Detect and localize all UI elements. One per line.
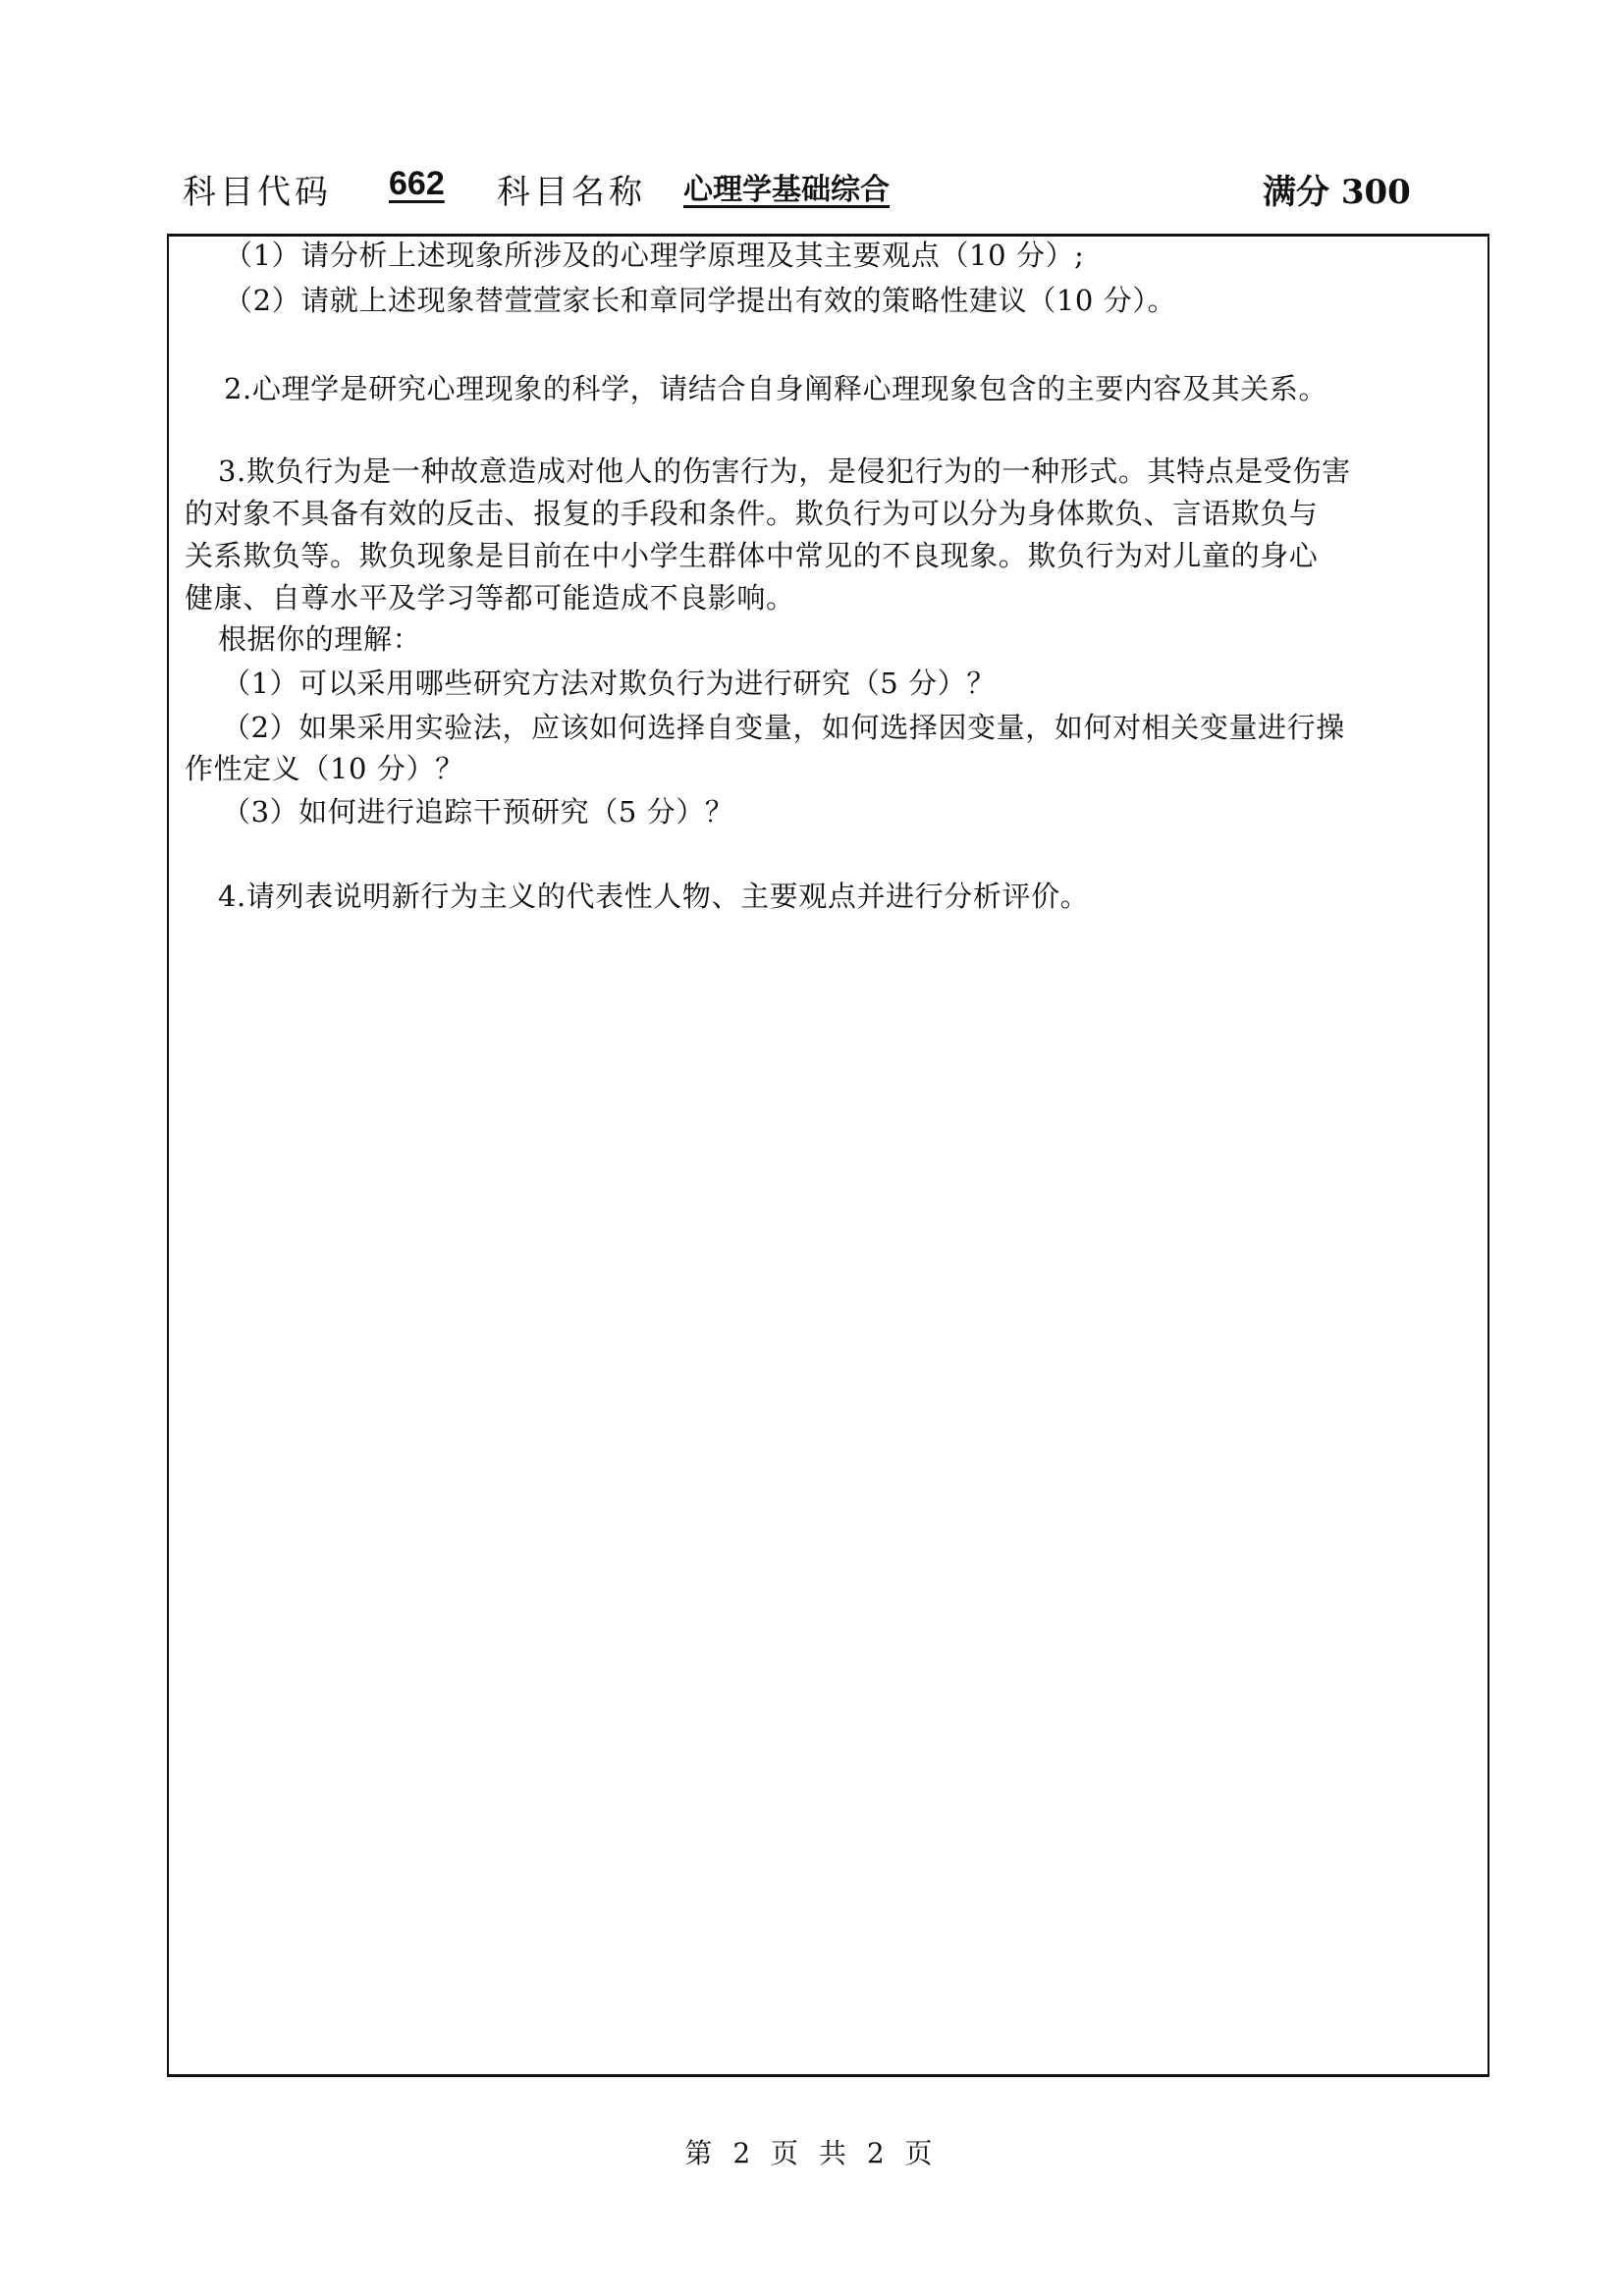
- q1-sub2: （2）请就上述现象替萱萱家长和章同学提出有效的策略性建议（10 分）。: [224, 283, 1176, 318]
- exam-header: 科目代码 662 科目名称 心理学基础综合 满分 300: [183, 165, 1410, 224]
- page-footer: 第 2 页 共 2 页: [0, 2132, 1623, 2171]
- q3-sub2-line-1: （2）如果采用实验法，应该如何选择自变量，如何选择因变量，如何对相关变量进行操: [222, 710, 1345, 745]
- q3-line-3: 关系欺负等。欺负现象是目前在中小学生群体中常见的不良现象。欺负行为对儿童的身心: [185, 538, 1318, 573]
- question-2: 2.心理学是研究心理现象的科学，请结合自身阐释心理现象包含的主要内容及其关系。: [224, 371, 1327, 406]
- subject-name-label: 科目名称: [497, 165, 646, 213]
- full-score: 满分 300: [1263, 165, 1411, 213]
- q3-sub2-line-2: 作性定义（10 分）？: [185, 751, 464, 786]
- subject-name: 心理学基础综合: [683, 165, 890, 208]
- q3-line-1: 3.欺负行为是一种故意造成对他人的伤害行为，是侵犯行为的一种形式。其特点是受伤害: [218, 454, 1351, 489]
- q3-line-2: 的对象不具备有效的反击、报复的手段和条件。欺负行为可以分为身体欺负、言语欺负与: [185, 496, 1318, 531]
- question-4: 4.请列表说明新行为主义的代表性人物、主要观点并进行分析评价。: [218, 879, 1089, 914]
- q3-prompt: 根据你的理解：: [218, 621, 421, 657]
- subject-code-label: 科目代码: [183, 165, 332, 213]
- q1-sub1: （1）请分析上述现象所涉及的心理学原理及其主要观点（10 分）;: [224, 238, 1085, 273]
- q3-sub1: （1）可以采用哪些研究方法对欺负行为进行研究（5 分）？: [222, 666, 996, 701]
- q3-line-4: 健康、自尊水平及学习等都可能造成不良影响。: [185, 580, 795, 615]
- subject-code: 662: [389, 165, 445, 203]
- q3-sub3: （3）如何进行追踪干预研究（5 分）？: [222, 794, 734, 829]
